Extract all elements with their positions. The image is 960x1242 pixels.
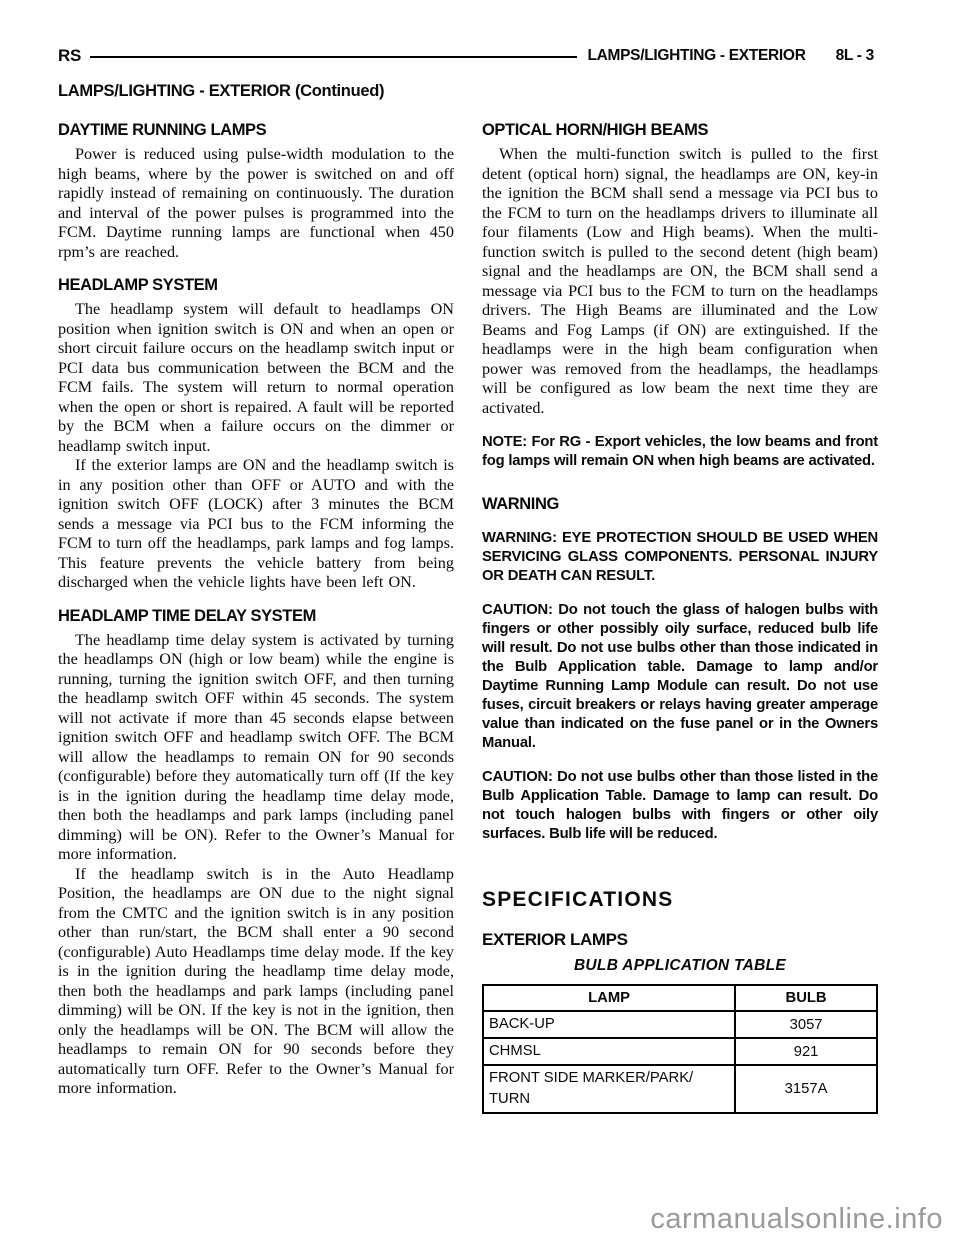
table-header-row: LAMP BULB — [483, 985, 877, 1011]
lamp-cell: FRONT SIDE MARKER/PARK/ TURN — [483, 1065, 735, 1113]
header-section-title: LAMPS/LIGHTING - EXTERIOR — [587, 47, 805, 65]
paragraph: If the headlamp switch is in the Auto He… — [58, 865, 454, 1099]
right-column: OPTICAL HORN/HIGH BEAMS When the multi-f… — [482, 115, 878, 1114]
paragraph: When the multi-function switch is pulled… — [482, 145, 878, 418]
continued-title: LAMPS/LIGHTING - EXTERIOR (Continued) — [58, 82, 878, 101]
header-rule — [90, 56, 577, 59]
caution-block: CAUTION: Do not use bulbs other than tho… — [482, 768, 878, 844]
running-header: RS LAMPS/LIGHTING - EXTERIOR 8L - 3 — [58, 46, 874, 66]
section-heading-headlamp-time-delay: HEADLAMP TIME DELAY SYSTEM — [58, 607, 454, 626]
section-heading-headlamp-system: HEADLAMP SYSTEM — [58, 276, 454, 295]
section-heading-daytime-running-lamps: DAYTIME RUNNING LAMPS — [58, 121, 454, 140]
section-heading-optical-horn: OPTICAL HORN/HIGH BEAMS — [482, 121, 878, 140]
manual-code: RS — [58, 46, 81, 66]
bulb-cell: 921 — [735, 1038, 877, 1065]
caution-block: CAUTION: Do not touch the glass of halog… — [482, 601, 878, 753]
column-header-bulb: BULB — [735, 985, 877, 1011]
header-page-number: 8L - 3 — [836, 47, 874, 65]
lamp-cell: BACK-UP — [483, 1011, 735, 1038]
paragraph: If the exterior lamps are ON and the hea… — [58, 456, 454, 593]
table-row: CHMSL 921 — [483, 1038, 877, 1065]
specifications-heading: SPECIFICATIONS — [482, 888, 878, 912]
bulb-table-caption: BULB APPLICATION TABLE — [482, 957, 878, 975]
paragraph: The headlamp system will default to head… — [58, 300, 454, 456]
paragraph: Power is reduced using pulse-width modul… — [58, 145, 454, 262]
bulb-application-table: LAMP BULB BACK-UP 3057 CHMSL 921 FRONT S… — [482, 984, 878, 1114]
watermark-text: carmanualsonline.info — [650, 1203, 943, 1236]
paragraph: The headlamp time delay system is activa… — [58, 631, 454, 865]
left-column: DAYTIME RUNNING LAMPS Power is reduced u… — [58, 115, 454, 1114]
bulb-cell: 3057 — [735, 1011, 877, 1038]
manual-page: RS LAMPS/LIGHTING - EXTERIOR 8L - 3 LAMP… — [0, 0, 960, 1242]
table-row: BACK-UP 3057 — [483, 1011, 877, 1038]
lamp-cell: CHMSL — [483, 1038, 735, 1065]
section-heading-warning: WARNING — [482, 495, 878, 514]
table-row: FRONT SIDE MARKER/PARK/ TURN 3157A — [483, 1065, 877, 1113]
bulb-cell: 3157A — [735, 1065, 877, 1113]
column-header-lamp: LAMP — [483, 985, 735, 1011]
two-column-body: DAYTIME RUNNING LAMPS Power is reduced u… — [58, 115, 878, 1114]
note-block: NOTE: For RG - Export vehicles, the low … — [482, 433, 878, 471]
exterior-lamps-heading: EXTERIOR LAMPS — [482, 930, 878, 950]
warning-block: WARNING: EYE PROTECTION SHOULD BE USED W… — [482, 529, 878, 586]
